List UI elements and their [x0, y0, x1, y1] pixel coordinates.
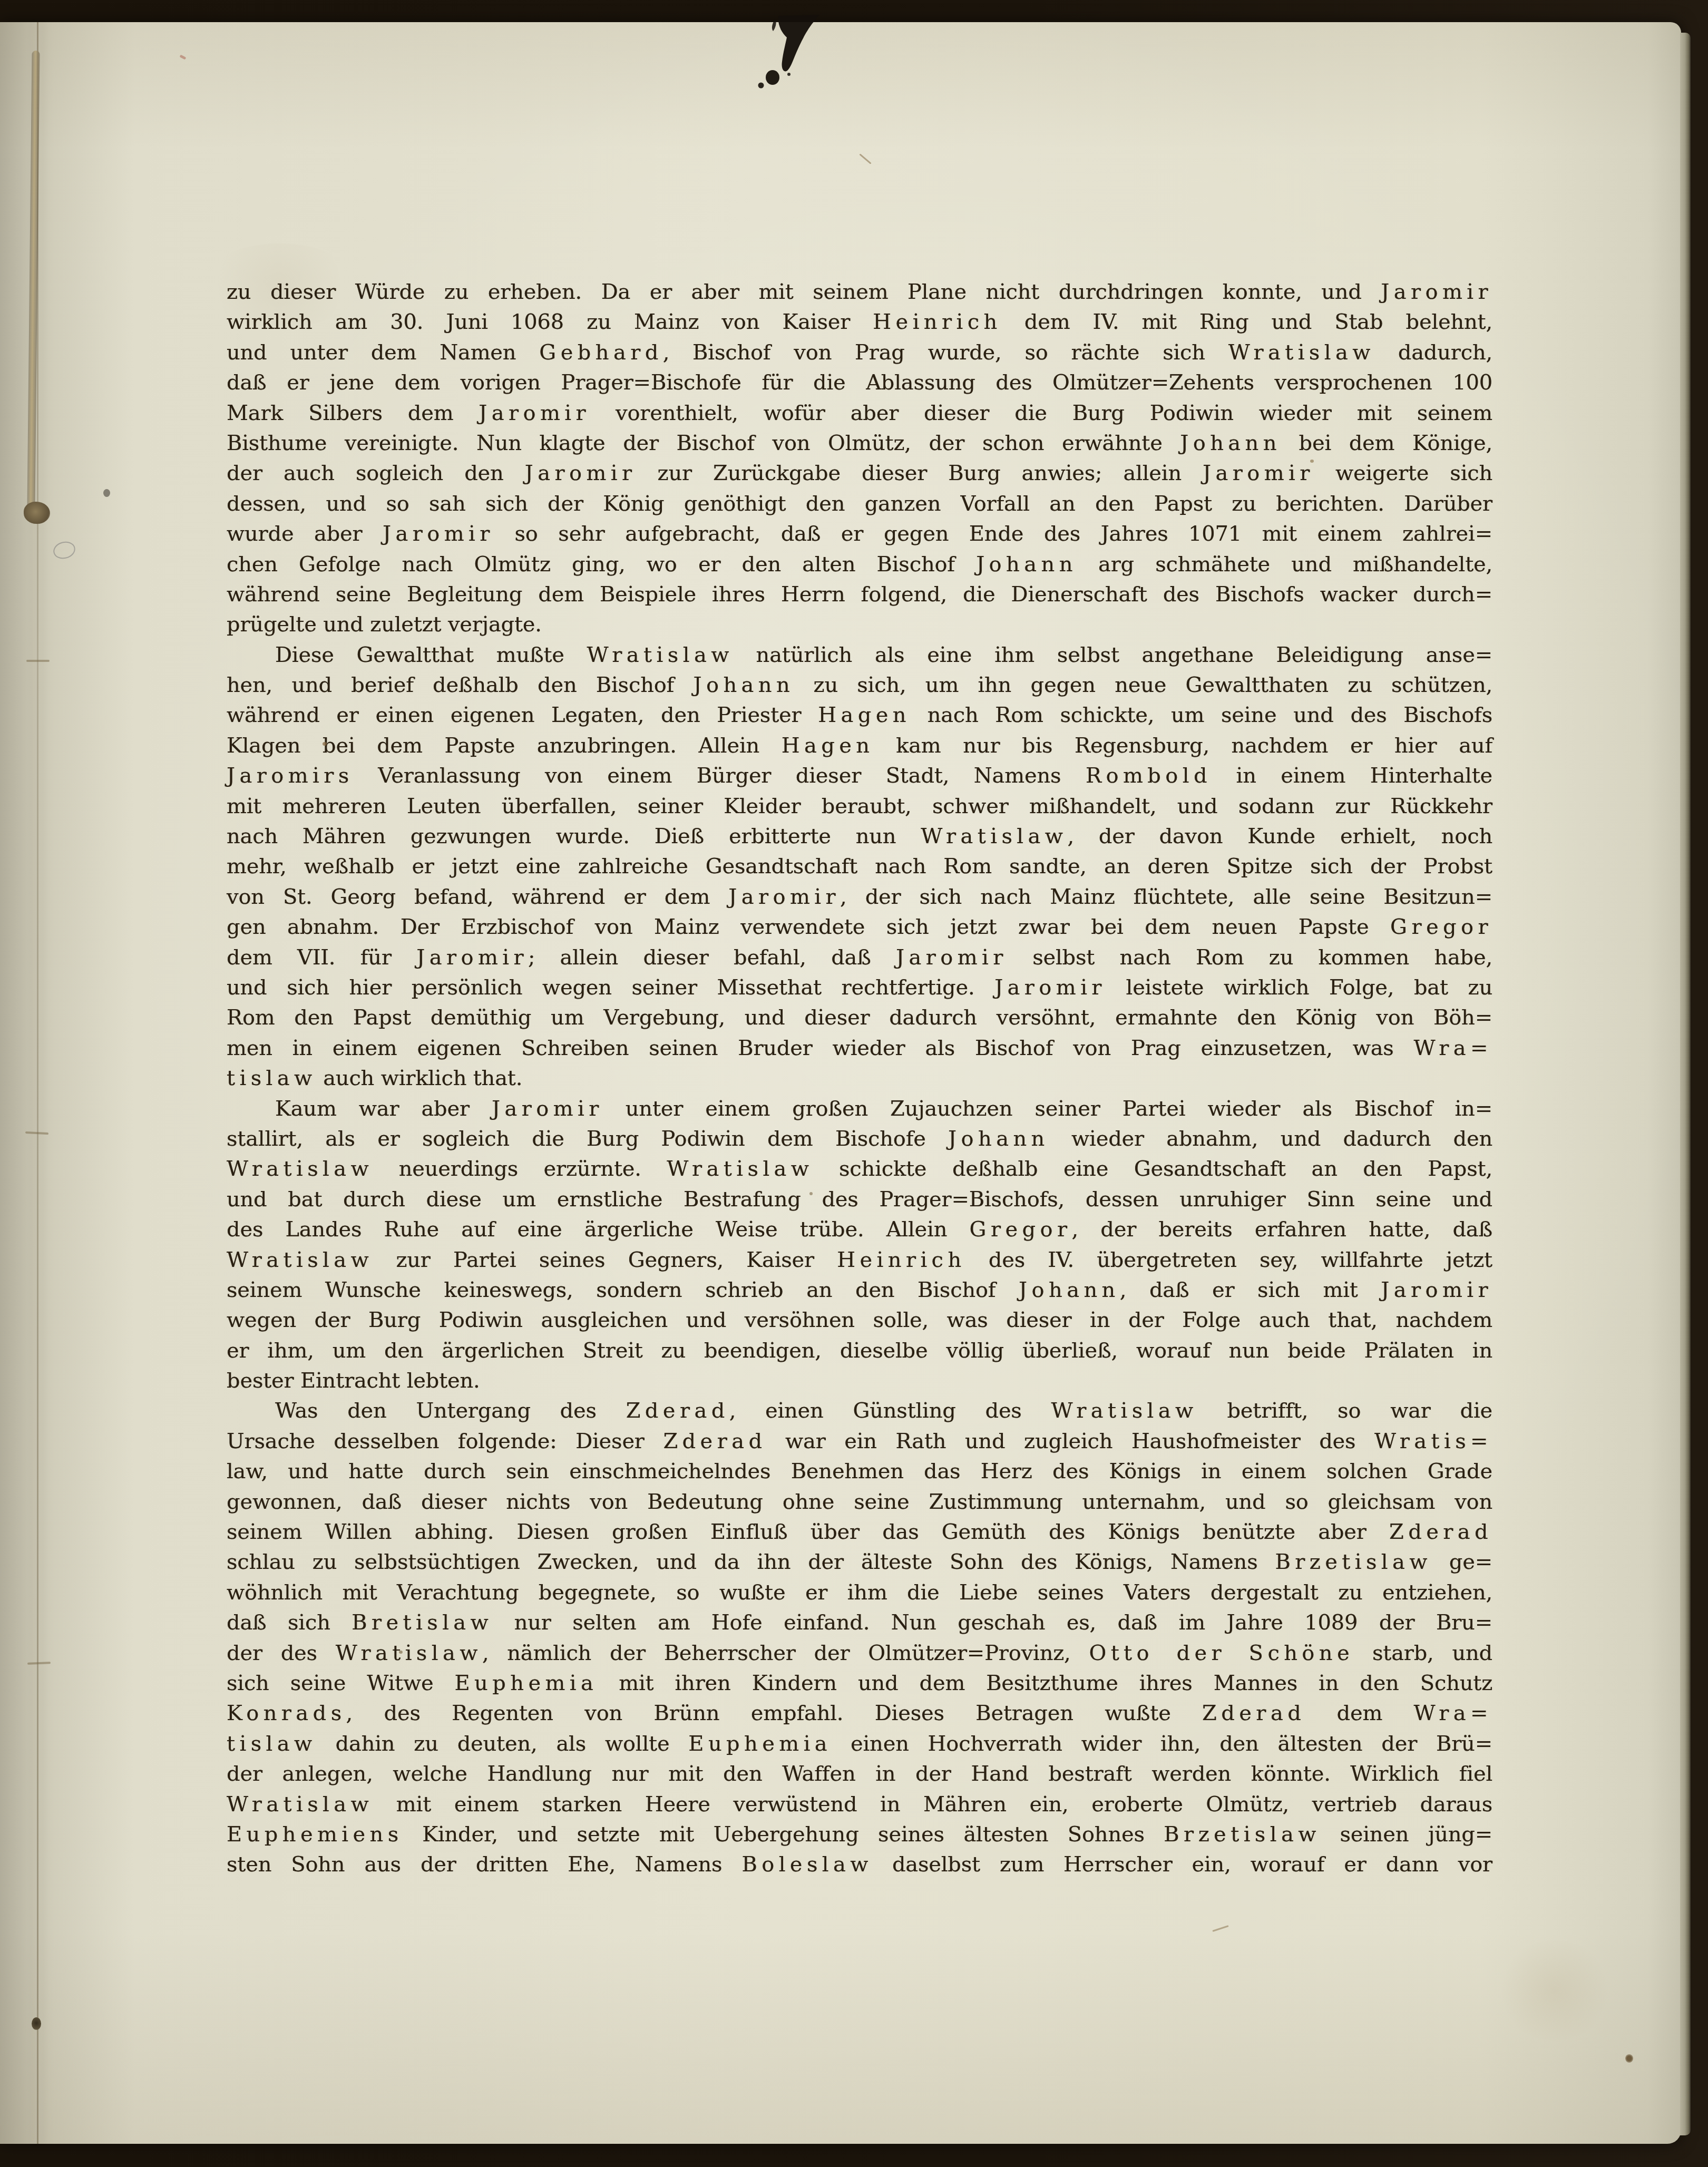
text-line: Wratislaw zur Partei seines Gegners, Kai… [227, 1245, 1492, 1275]
text-line: Wratislaw mit einem starken Heere verwüs… [227, 1790, 1492, 1820]
text-line: tislaw dahin zu deuten, als wollte Euphe… [227, 1729, 1492, 1759]
text-line: wöhnlich mit Verachtung begegnete, so wu… [227, 1578, 1492, 1608]
text-line: Ursache desselben folgende: Dieser Zdera… [227, 1427, 1492, 1457]
paper-stain [1497, 1940, 1613, 2041]
text-line: prügelte und zuletzt verjagte. [227, 610, 1492, 640]
text-line: men in einem eigenen Schreiben seinen Br… [227, 1033, 1492, 1063]
paper-speck [1310, 460, 1314, 463]
paper-speck [399, 1651, 403, 1654]
ink-blot [755, 15, 825, 95]
text-line: während er einen eigenen Legaten, den Pr… [227, 700, 1492, 730]
text-block: zu dieser Würde zu erheben. Da er aber m… [227, 277, 1492, 1880]
text-line: zu dieser Würde zu erheben. Da er aber m… [227, 277, 1492, 307]
paper-speck [103, 489, 110, 497]
ink-blot-droplet [766, 70, 779, 85]
paper-speck [1625, 2054, 1633, 2063]
text-line: Rom den Papst demüthig um Vergebung, und… [227, 1003, 1492, 1033]
text-line: Wratislaw neuerdings erzürnte. Wratislaw… [227, 1154, 1492, 1184]
text-line: bester Eintracht lebten. [227, 1366, 1492, 1396]
text-line: daß er jene dem vorigen Prager=Bischofe … [227, 368, 1492, 398]
text-line: stallirt, als er sogleich die Burg Podiw… [227, 1124, 1492, 1154]
text-line: Mark Silbers dem Jaromir vorenthielt, wo… [227, 398, 1492, 428]
text-line: seinem Willen abhing. Diesen großen Einf… [227, 1517, 1492, 1547]
ink-blot-edge [772, 19, 776, 31]
binding-thread-knot [24, 502, 50, 524]
text-line: Diese Gewaltthat mußte Wratislaw natürli… [227, 640, 1492, 670]
ink-blot-speck [758, 83, 764, 89]
text-line: tislaw auch wirklich that. [227, 1063, 1492, 1094]
text-line: des Landes Ruhe auf eine ärgerliche Weis… [227, 1215, 1492, 1245]
page-edge-stack [1680, 33, 1691, 2135]
ink-blot-drip [778, 15, 819, 71]
text-line: er ihm, um den ärgerlichen Streit zu bee… [227, 1336, 1492, 1366]
ink-blot-speck [787, 73, 790, 76]
text-line: gen abnahm. Der Erzbischof von Mainz ver… [227, 912, 1492, 942]
stitch-mark [26, 660, 50, 662]
text-line: Konrads, des Regenten von Brünn empfahl.… [227, 1699, 1492, 1729]
paper-speck [323, 742, 327, 746]
text-line: hen, und berief deßhalb den Bischof Joha… [227, 670, 1492, 700]
text-line: nach Mähren gezwungen wurde. Dieß erbitt… [227, 822, 1492, 852]
text-line: mehr, weßhalb er jetzt eine zahlreiche G… [227, 852, 1492, 882]
text-line: und sich hier persönlich wegen seiner Mi… [227, 973, 1492, 1003]
text-line: schlau zu selbstsüchtigen Zwecken, und d… [227, 1547, 1492, 1577]
text-line: und unter dem Namen Gebhard, Bischof von… [227, 338, 1492, 368]
text-line: dessen, und so sah sich der König genöth… [227, 489, 1492, 519]
text-line: dem VII. für Jaromir; allein dieser befa… [227, 943, 1492, 973]
text-line: mit mehreren Leuten überfallen, seiner K… [227, 792, 1492, 822]
book-page: zu dieser Würde zu erheben. Da er aber m… [0, 22, 1681, 2144]
text-line: wegen der Burg Podiwin ausgleichen und v… [227, 1305, 1492, 1335]
text-line: Kaum war aber Jaromir unter einem großen… [227, 1094, 1492, 1124]
gutter-crease [37, 22, 38, 2144]
text-line: gewonnen, daß dieser nichts von Bedeutun… [227, 1487, 1492, 1517]
text-line: der anlegen, welche Handlung nur mit den… [227, 1759, 1492, 1789]
text-line: daß sich Bretislaw nur selten am Hofe ei… [227, 1608, 1492, 1638]
text-line: sich seine Witwe Euphemia mit ihren Kind… [227, 1668, 1492, 1699]
scan-background: zu dieser Würde zu erheben. Da er aber m… [0, 0, 1708, 2167]
text-line: law, und hatte durch sein einschmeicheln… [227, 1457, 1492, 1487]
text-line: seinem Wunsche keineswegs, sondern schri… [227, 1275, 1492, 1305]
text-line: von St. Georg befand, während er dem Jar… [227, 882, 1492, 912]
text-line: chen Gefolge nach Olmütz ging, wo er den… [227, 550, 1492, 580]
text-line: Bisthume vereinigte. Nun klagte der Bisc… [227, 428, 1492, 458]
text-line: der des Wratislaw, nämlich der Beherrsch… [227, 1638, 1492, 1668]
paper-speck [809, 1192, 813, 1195]
text-line: Jaromirs Veranlassung von einem Bürger d… [227, 761, 1492, 791]
text-line: während seine Begleitung dem Beispiele i… [227, 580, 1492, 610]
text-line: Was den Untergang des Zderad, einen Güns… [227, 1396, 1492, 1426]
gutter-shading [0, 22, 137, 2144]
text-line: Euphemiens Kinder, und setzte mit Ueberg… [227, 1820, 1492, 1850]
text-line: der auch sogleich den Jaromir zur Zurück… [227, 458, 1492, 489]
text-line: Klagen bei dem Papste anzubringen. Allei… [227, 731, 1492, 761]
text-line: wirklich am 30. Juni 1068 zu Mainz von K… [227, 307, 1492, 337]
text-line: sten Sohn aus der dritten Ehe, Namens Bo… [227, 1850, 1492, 1880]
text-line: und bat durch diese um ernstliche Bestra… [227, 1185, 1492, 1215]
text-line: wurde aber Jaromir so sehr aufgebracht, … [227, 519, 1492, 549]
stitch-hole [32, 2017, 41, 2030]
